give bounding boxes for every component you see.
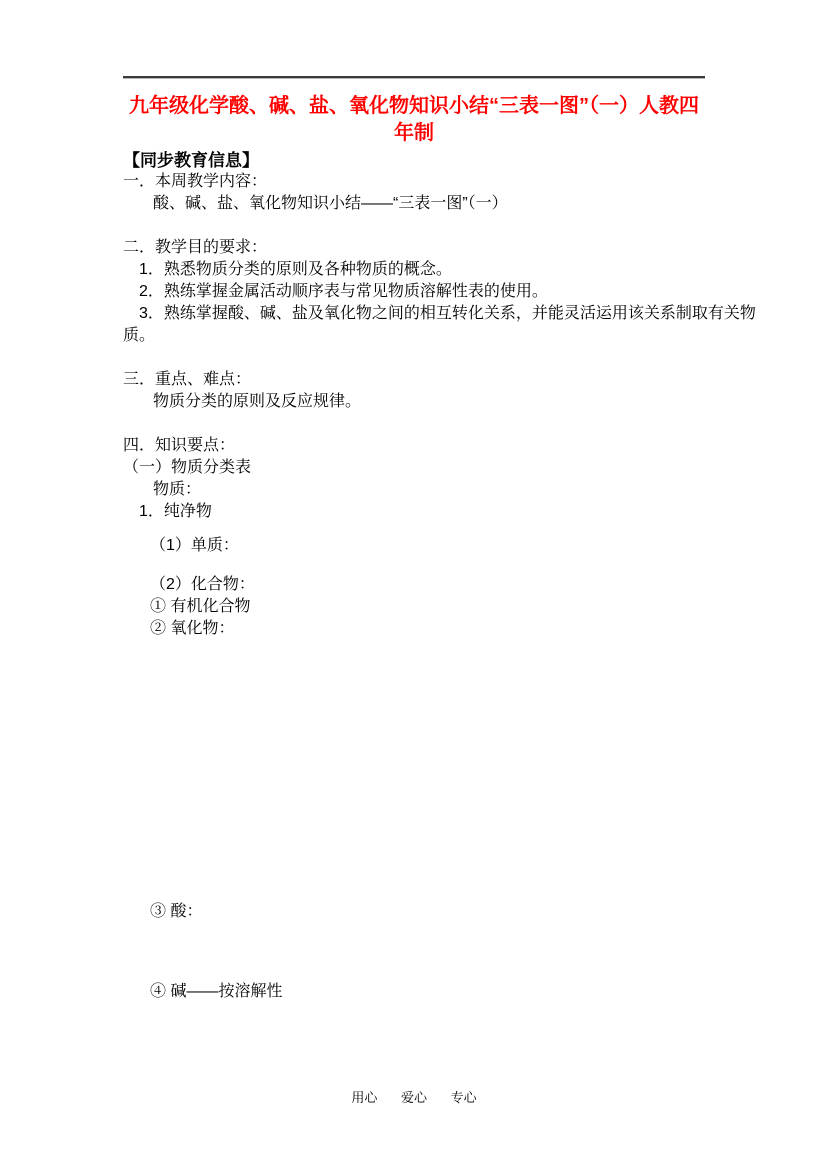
section4-sub-organic-compound: ① 有机化合物 (123, 596, 705, 618)
footer-word-3: 专心 (451, 1090, 477, 1105)
section4-sub-compound: （2）化合物： (123, 574, 705, 596)
footer-word-2: 爱心 (401, 1090, 427, 1105)
section4-sub-substance: 物质： (123, 479, 705, 501)
blank-line (123, 347, 705, 369)
spacer (123, 1003, 705, 1089)
section4-sub-acid: ③ 酸： (123, 901, 705, 923)
section-header-sync-info: 【同步教育信息】 (123, 150, 705, 171)
footer-word-1: 用心 (351, 1090, 377, 1105)
page-footer: 用心 爱心 专心 (123, 1089, 705, 1107)
section3-body: 物质分类的原则及反应规律。 (123, 391, 705, 413)
page-title-line-1: 九年级化学酸、碱、盐、氧化物知识小结“三表一图”（一）人教四 (123, 93, 705, 120)
section4-sub-pure-substance: 1．纯净物 (123, 501, 705, 523)
section2-item-3-wrap: 质。 (123, 325, 705, 347)
text-column: 九年级化学酸、碱、盐、氧化物知识小结“三表一图”（一）人教四 年制 【同步教育信… (123, 0, 705, 1107)
section2-heading: 二．教学目的要求： (123, 237, 705, 259)
page-title: 九年级化学酸、碱、盐、氧化物知识小结“三表一图”（一）人教四 年制 (123, 93, 705, 147)
figure-gap (123, 923, 705, 981)
spacer (123, 557, 705, 574)
document-page: 九年级化学酸、碱、盐、氧化物知识小结“三表一图”（一）人教四 年制 【同步教育信… (0, 0, 827, 1170)
spacer (123, 523, 705, 535)
section2-item-1: 1．熟悉物质分类的原则及各种物质的概念。 (123, 259, 705, 281)
blank-line (123, 215, 705, 237)
section4-sub-element: （1）单质： (123, 535, 705, 557)
section1-body: 酸、碱、盐、氧化物知识小结——“三表一图”（一） (123, 193, 705, 215)
section4-sub-classification-table: （一）物质分类表 (123, 457, 705, 479)
section4-heading: 四．知识要点： (123, 435, 705, 457)
section3-heading: 三．重点、难点： (123, 369, 705, 391)
blank-line (123, 413, 705, 435)
section4-sub-oxide: ② 氧化物： (123, 618, 705, 640)
section2-item-2: 2．熟练掌握金属活动顺序表与常见物质溶解性表的使用。 (123, 281, 705, 303)
section2-item-3: 3．熟练掌握酸、碱、盐及氧化物之间的相互转化关系，并能灵活运用该关系制取有关物 (123, 303, 705, 325)
figure-gap (123, 640, 705, 901)
section4-sub-base: ④ 碱——按溶解性 (123, 981, 705, 1003)
page-title-line-2: 年制 (123, 120, 705, 147)
section1-heading: 一．本周教学内容： (123, 171, 705, 193)
top-divider-line (123, 76, 705, 79)
